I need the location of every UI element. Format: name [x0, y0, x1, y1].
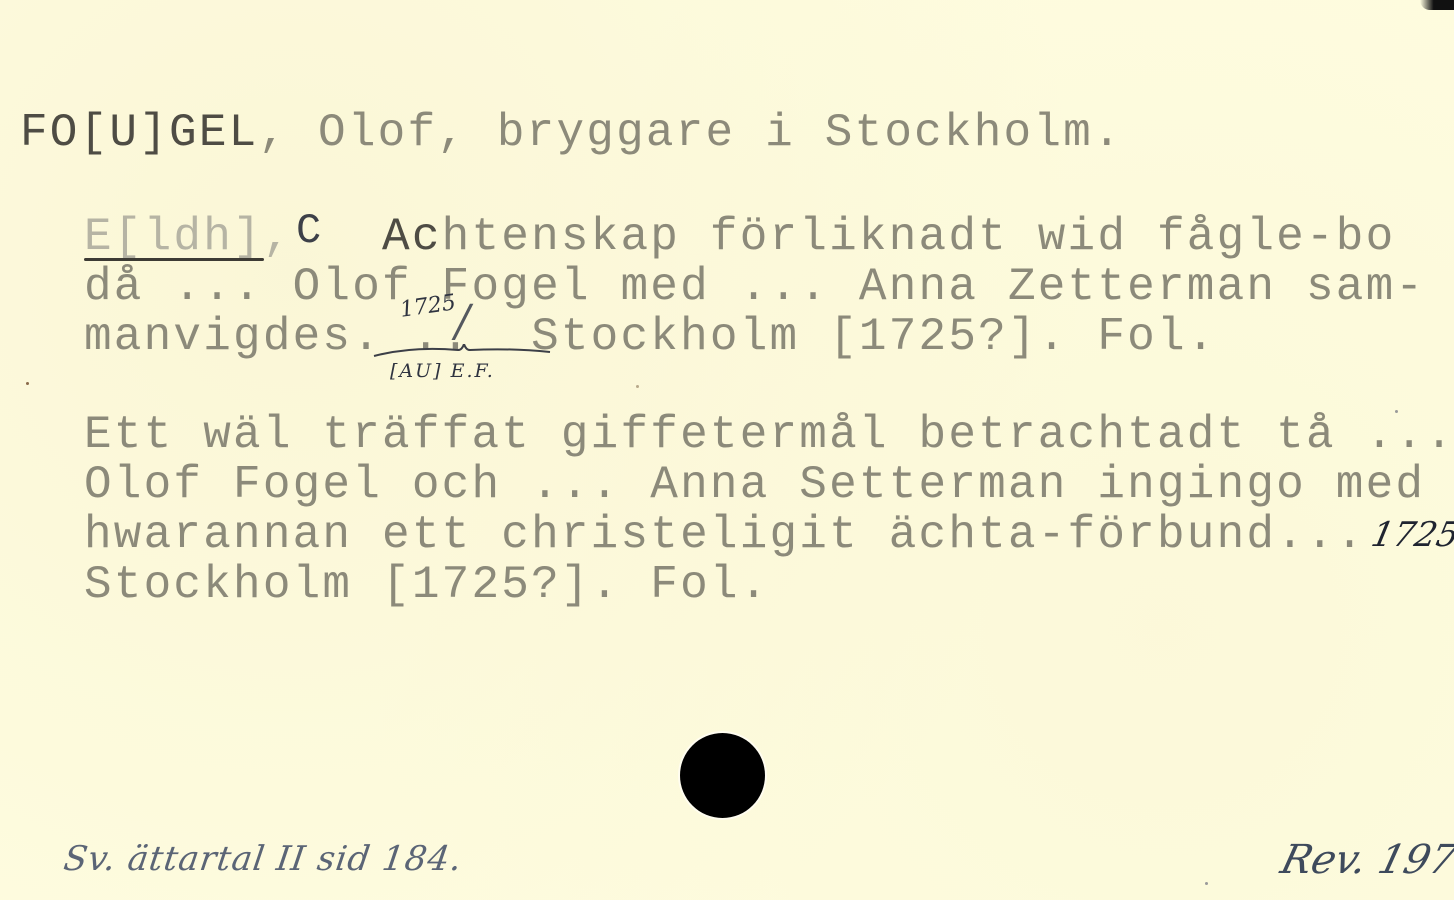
paper-speck [636, 385, 639, 388]
entry2-line-2: Olof Fogel och ... Anna Setterman inging… [84, 462, 1425, 508]
entry1-line-2: då ... Olof Fogel med ... Anna Zetterman… [84, 264, 1425, 310]
entry2-line-4: Stockholm [1725?]. Fol. [84, 562, 770, 608]
entry1-author: E[ldh], [84, 211, 322, 263]
entry1-line-1: E[ldh], Achtenskap förliknadt wid fågle-… [84, 214, 1395, 260]
punch-hole [680, 733, 765, 818]
entry1-line-3: manvigdes. .. Stockholm [1725?]. Fol. [84, 314, 1217, 360]
catalog-card: FO[U]GEL, Olof, bryggare i Stockholm. E[… [0, 0, 1454, 900]
entry2-line-1: Ett wäl träffat giffetermål betrachtadt … [84, 412, 1454, 458]
heading-rest: , Olof, bryggare i Stockholm. [258, 107, 1122, 159]
entry1-title-rest: htenskap förliknadt wid fågle-bo [442, 211, 1396, 263]
paper-speck [1395, 410, 1398, 413]
paper-speck [26, 382, 29, 385]
handwritten-slash: / [455, 300, 470, 344]
card-heading: FO[U]GEL, Olof, bryggare i Stockholm. [20, 110, 1123, 156]
entry2-line-3: hwarannan ett christeligit ächta-förbund… [84, 512, 1366, 558]
handwritten-reference-note: Sv. ättartal II sid 184. [62, 842, 465, 876]
heading-surname: FO[U]GEL [20, 107, 258, 159]
handwritten-revision-note: Rev. 1970 [1277, 840, 1454, 880]
paper-speck [1205, 882, 1208, 885]
card-corner-shadow [1420, 0, 1454, 10]
entry1-title-start: Ac [322, 211, 441, 263]
handwritten-brace [372, 344, 552, 358]
handwritten-date-1725-right: 1725. [1368, 518, 1454, 552]
author-correction-mark: C [296, 210, 321, 252]
handwritten-attribution: [AU] E.F. [390, 362, 495, 381]
